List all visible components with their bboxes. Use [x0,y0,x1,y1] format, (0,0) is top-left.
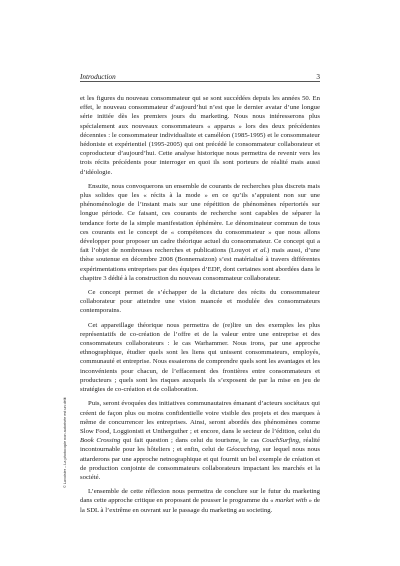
running-header: Introduction 3 [80,67,320,81]
page-number: 3 [316,73,320,81]
copyright-notice: © Lavoisier – La photocopie non autorisé… [63,397,67,488]
body-text: et les figures du nouveau consommateur q… [80,94,320,520]
paragraph: Ensuite, nous convoquerons un ensemble d… [80,182,320,283]
paragraph: Ce concept permet de s’échapper de la di… [80,288,320,316]
paragraph: et les figures du nouveau consommateur q… [80,94,320,177]
paragraph: Puis, seront évoquées des initiatives co… [80,399,320,482]
paragraph: Cet appareillage théorique nous permettr… [80,321,320,395]
paragraph: L’ensemble de cette réflexion nous perme… [80,487,320,515]
running-title: Introduction [80,73,116,81]
header-rule [80,81,320,82]
